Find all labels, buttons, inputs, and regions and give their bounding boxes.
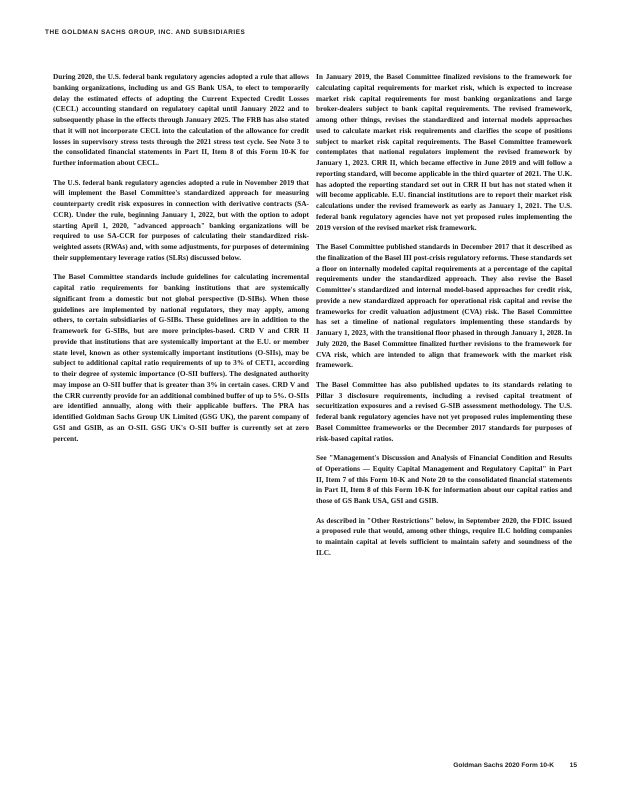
- left-text-column: During 2020, the U.S. federal bank regul…: [53, 72, 309, 453]
- paragraph-d-sib: The Basel Committee standards include gu…: [53, 272, 309, 444]
- right-text-column: In January 2019, the Basel Committee fin…: [316, 72, 572, 567]
- page-number: 15: [570, 762, 577, 769]
- paragraph-pillar-3: The Basel Committee has also published u…: [316, 380, 572, 445]
- paragraph-cross-reference: See "Management's Discussion and Analysi…: [316, 453, 572, 507]
- running-header: The Goldman Sachs Group, Inc. and Subsid…: [45, 29, 245, 36]
- paragraph-market-risk: In January 2019, the Basel Committee fin…: [316, 72, 572, 233]
- footer-publication: Goldman Sachs 2020 Form 10-K: [453, 762, 554, 769]
- paragraph-basel-iii-final: The Basel Committee published standards …: [316, 242, 572, 371]
- paragraph-sa-ccr: The U.S. federal bank regulatory agencie…: [53, 178, 309, 264]
- paragraph-cecl: During 2020, the U.S. federal bank regul…: [53, 72, 309, 169]
- paragraph-fdic-ilc: As described in "Other Restrictions" bel…: [316, 516, 572, 559]
